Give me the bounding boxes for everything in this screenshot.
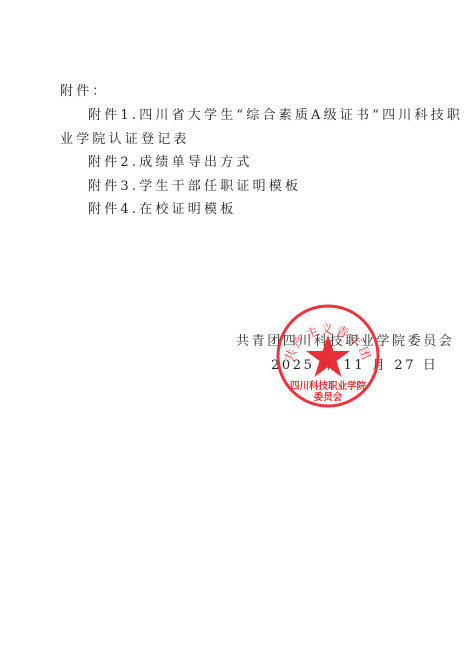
seal-icon: 共产主义青年团 四川科技职业学院 委员会 bbox=[275, 303, 381, 409]
attachment-3: 附件3.学生干部任职证明模板 bbox=[88, 179, 301, 195]
seal-bottom-line2: 委员会 bbox=[314, 391, 343, 403]
attachment-1-continuation: 业学院认证登记表 bbox=[60, 132, 190, 148]
star-icon bbox=[306, 335, 350, 377]
document-page: 附件： 附件1.四川省大学生“综合素质A级证书”四川科技职 业学院认证登记表 附… bbox=[0, 0, 473, 669]
attachments-heading: 附件： bbox=[60, 84, 109, 100]
attachment-2: 附件2.成绩单导出方式 bbox=[88, 155, 253, 171]
attachment-4: 附件4.在校证明模板 bbox=[88, 202, 236, 218]
attachment-1: 附件1.四川省大学生“综合素质A级证书”四川科技职 bbox=[88, 108, 463, 124]
seal-bottom-line1: 四川科技职业学院 bbox=[290, 380, 367, 392]
official-seal: 共产主义青年团 四川科技职业学院 委员会 bbox=[275, 303, 381, 409]
